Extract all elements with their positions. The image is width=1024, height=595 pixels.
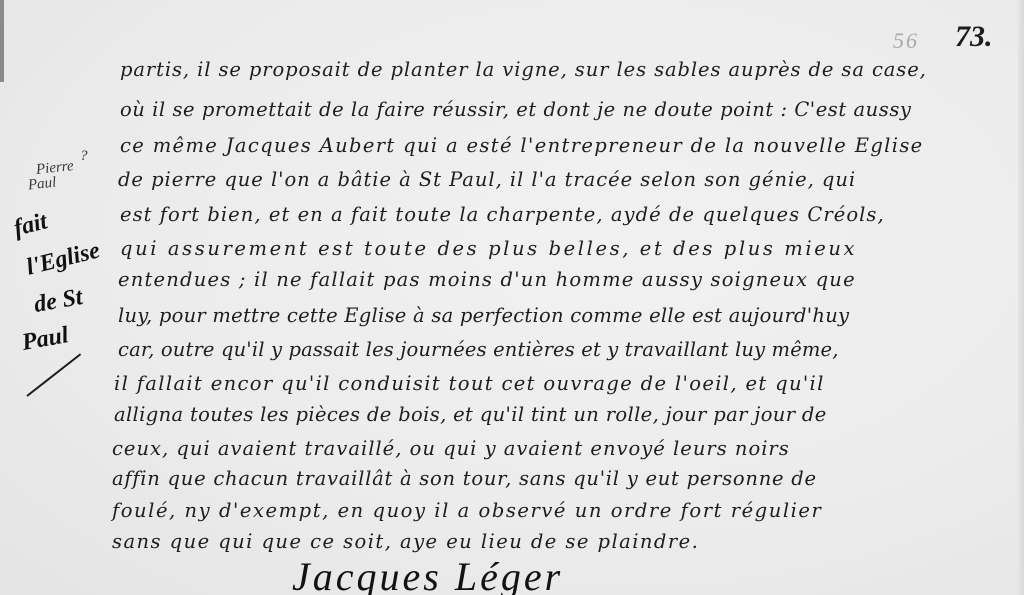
margin-note-fait: fait [11, 208, 50, 242]
text-line-1: partis, il se proposait de planter la vi… [120, 58, 927, 81]
text-line-5: est fort bien, et en a fait toute la cha… [120, 203, 885, 226]
text-line-6: qui assurement est toute des plus belles… [120, 237, 857, 260]
margin-note-paul-2: Paul [20, 322, 71, 357]
folio-pencil-number: 56 [893, 28, 919, 54]
text-line-8: luy, pour mettre cette Eglise à sa perfe… [118, 304, 849, 327]
text-line-11: alligna toutes les pièces de bois, et qu… [114, 403, 827, 426]
margin-note-de-st: de St [32, 284, 85, 319]
text-line-4: de pierre que l'on a bâtie à St Paul, il… [118, 168, 856, 191]
text-line-13: affin que chacun travaillât à son tour, … [112, 467, 817, 490]
text-line-9: car, outre qu'il y passait les journées … [118, 338, 839, 361]
text-line-14: foulé, ny d'exempt, en quoy il a observé… [112, 499, 822, 522]
margin-note-question-mark: ? [80, 148, 88, 165]
text-line-15: sans que qui que ce soit, aye eu lieu de… [112, 530, 699, 553]
margin-note-eglise: l'Eglise [24, 237, 103, 281]
text-line-2: où il se promettait de la faire réussir,… [120, 98, 911, 121]
text-line-3: ce même Jacques Aubert qui a esté l'entr… [120, 134, 924, 157]
margin-note-paul-1: Paul [27, 175, 57, 195]
scan-edge-right [1018, 0, 1024, 595]
signature: Jacques Léger [292, 553, 563, 595]
text-line-12: ceux, qui avaient travaillé, ou qui y av… [112, 437, 790, 460]
folio-ink-number: 73. [955, 20, 993, 54]
margin-underline-stroke [26, 353, 81, 396]
manuscript-page: 56 73. Pierre ? Paul fait l'Eglise de St… [0, 0, 1024, 595]
text-line-10: il fallait encor qu'il conduisit tout ce… [114, 372, 825, 395]
scan-edge-left [0, 0, 4, 82]
text-line-7: entendues ; il ne fallait pas moins d'un… [118, 268, 856, 291]
